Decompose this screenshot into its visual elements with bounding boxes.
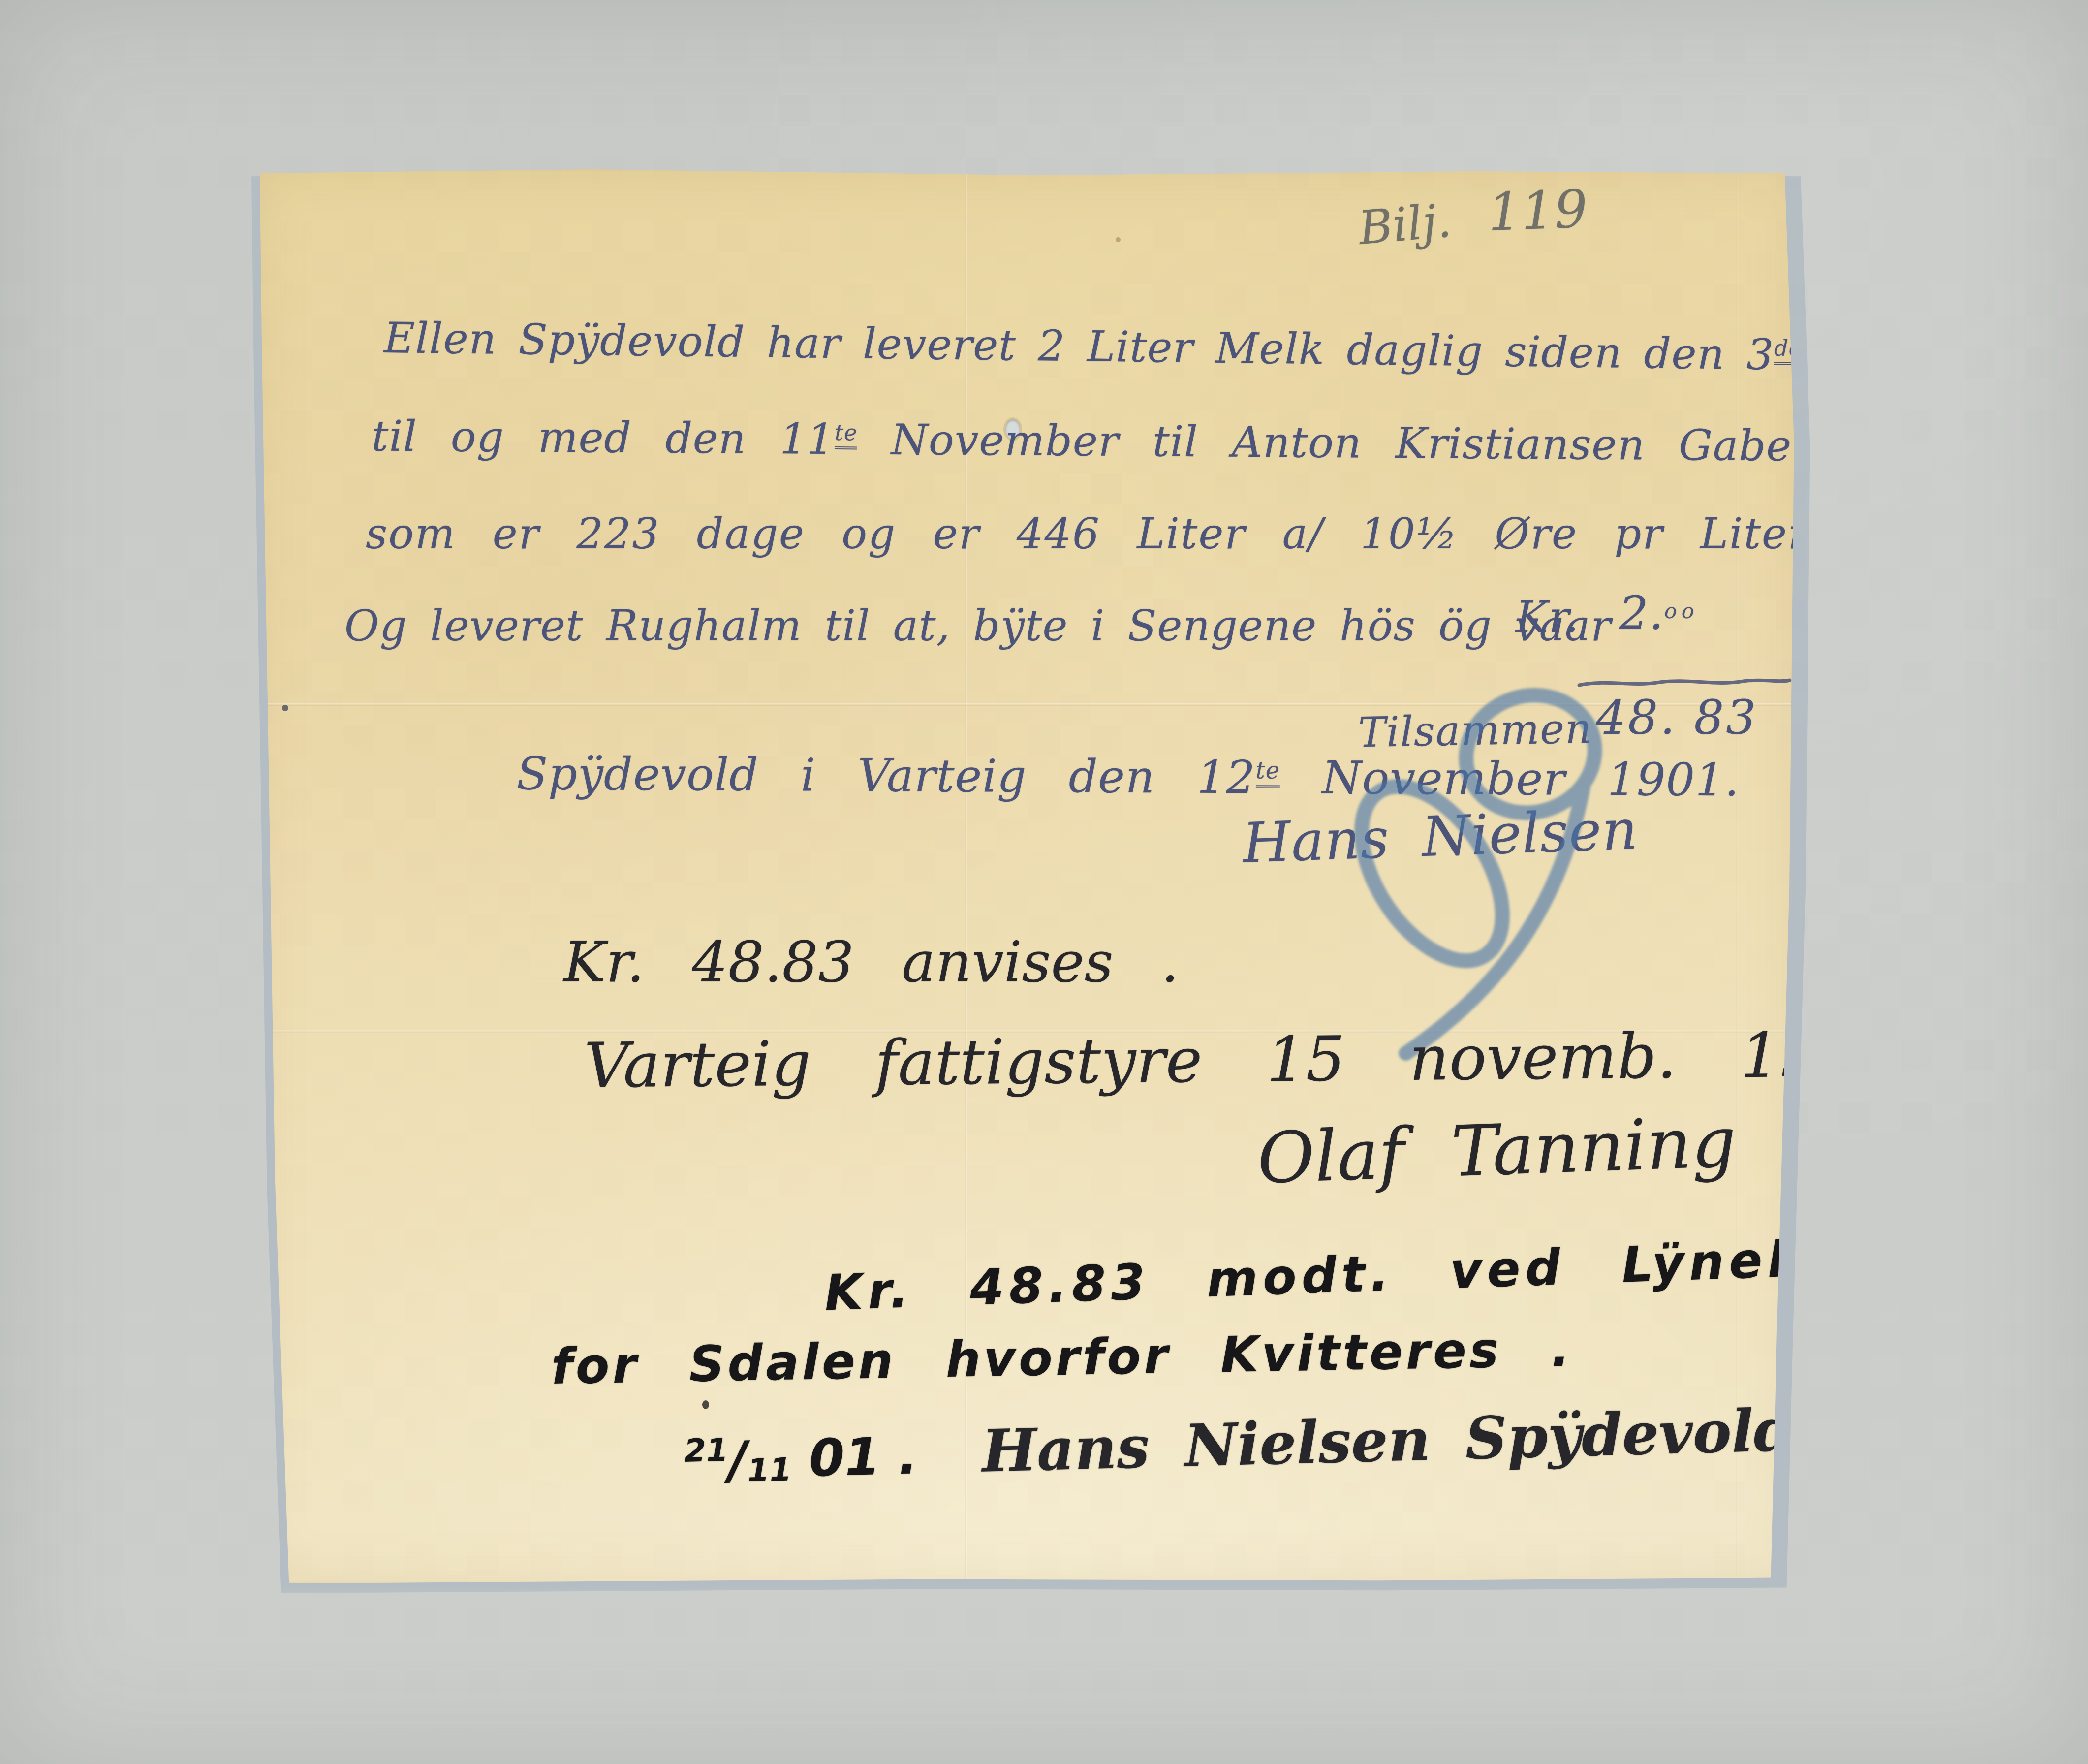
dateline-place: Spÿdevold i Varteig den 12 — [517, 747, 1256, 804]
archival-note-number: 119 — [1487, 179, 1589, 243]
invoice-line-2-text: til og med den 11 — [372, 412, 835, 465]
crayon-number-mark: 90 — [1331, 664, 1617, 1075]
rughalm-amount-ore: oo — [1664, 599, 1699, 624]
receipt-line-1: Kr. 48.83 modt. ved Lÿnelahn — [824, 1227, 1908, 1322]
receipt-date-month: 11 — [747, 1451, 792, 1489]
handwritten-receipt-paper: Bilj. 119 Ellen Spÿdevold har leveret 2 … — [253, 167, 1799, 1585]
ordinal-superscript: te — [835, 419, 858, 449]
paper-stain-speck — [1116, 237, 1121, 242]
invoice-line-3: som er 223 dage og er 446 Liter a/ 10½ Ø… — [366, 509, 2088, 559]
rughalm-currency-label: Kr. — [1516, 592, 1579, 642]
receipt-signature-row: 21/11 01 . Hans Nielsen Spÿdevold — [684, 1395, 1795, 1493]
approval-amount-line: Kr. 48.83 anvises . — [563, 929, 1179, 995]
invoice-line-1: Ellen Spÿdevold har leveret 2 Liter Melk… — [384, 314, 2077, 383]
receipt-signature: Hans Nielsen Spÿdevold — [981, 1395, 1795, 1485]
ink-blot — [702, 1400, 709, 1409]
invoice-line-2-recipient: November til Anton Kristiansen Gaberielh… — [857, 415, 1989, 472]
archival-note-label: Bilj. — [1357, 194, 1454, 255]
invoice-line-1-date: April 1901. — [1802, 331, 2077, 383]
approval-board-dateline: Varteig fattigstyre 15 novemb. 1901 — [584, 1018, 1899, 1102]
invoice-line-2: til og med den 11te November til Anton K… — [372, 412, 1990, 472]
ink-speck — [282, 705, 288, 711]
invoice-line-4: Og leveret Rughalm til at, bÿte i Sengen… — [344, 601, 1611, 651]
receipt-date-day: 21 — [684, 1432, 729, 1470]
receipt-line-2: for Sdalen hvorfor Kvitteres . — [551, 1320, 1573, 1395]
invoice-line-1-text: Ellen Spÿdevold har leveret 2 Liter Melk… — [384, 314, 1775, 380]
scanned-document-photo: Bilj. 119 Ellen Spÿdevold har leveret 2 … — [0, 0, 2088, 1764]
total-amount: 48. 83 — [1596, 690, 1758, 745]
rughalm-amount: 2.oo — [1619, 587, 1699, 640]
pencil-archival-note: Bilj. 119 — [1356, 176, 1590, 256]
rughalm-amount-kroner: 2. — [1619, 587, 1664, 640]
ordinal-superscript: te — [1255, 757, 1280, 788]
board-chairman-signature: Olaf Tanning — [1256, 1102, 1737, 1199]
receipt-date: 21/11 01 . — [684, 1425, 936, 1491]
receipt-date-year: 01 . — [808, 1425, 918, 1488]
vertical-fold-crease — [1736, 167, 1738, 1585]
